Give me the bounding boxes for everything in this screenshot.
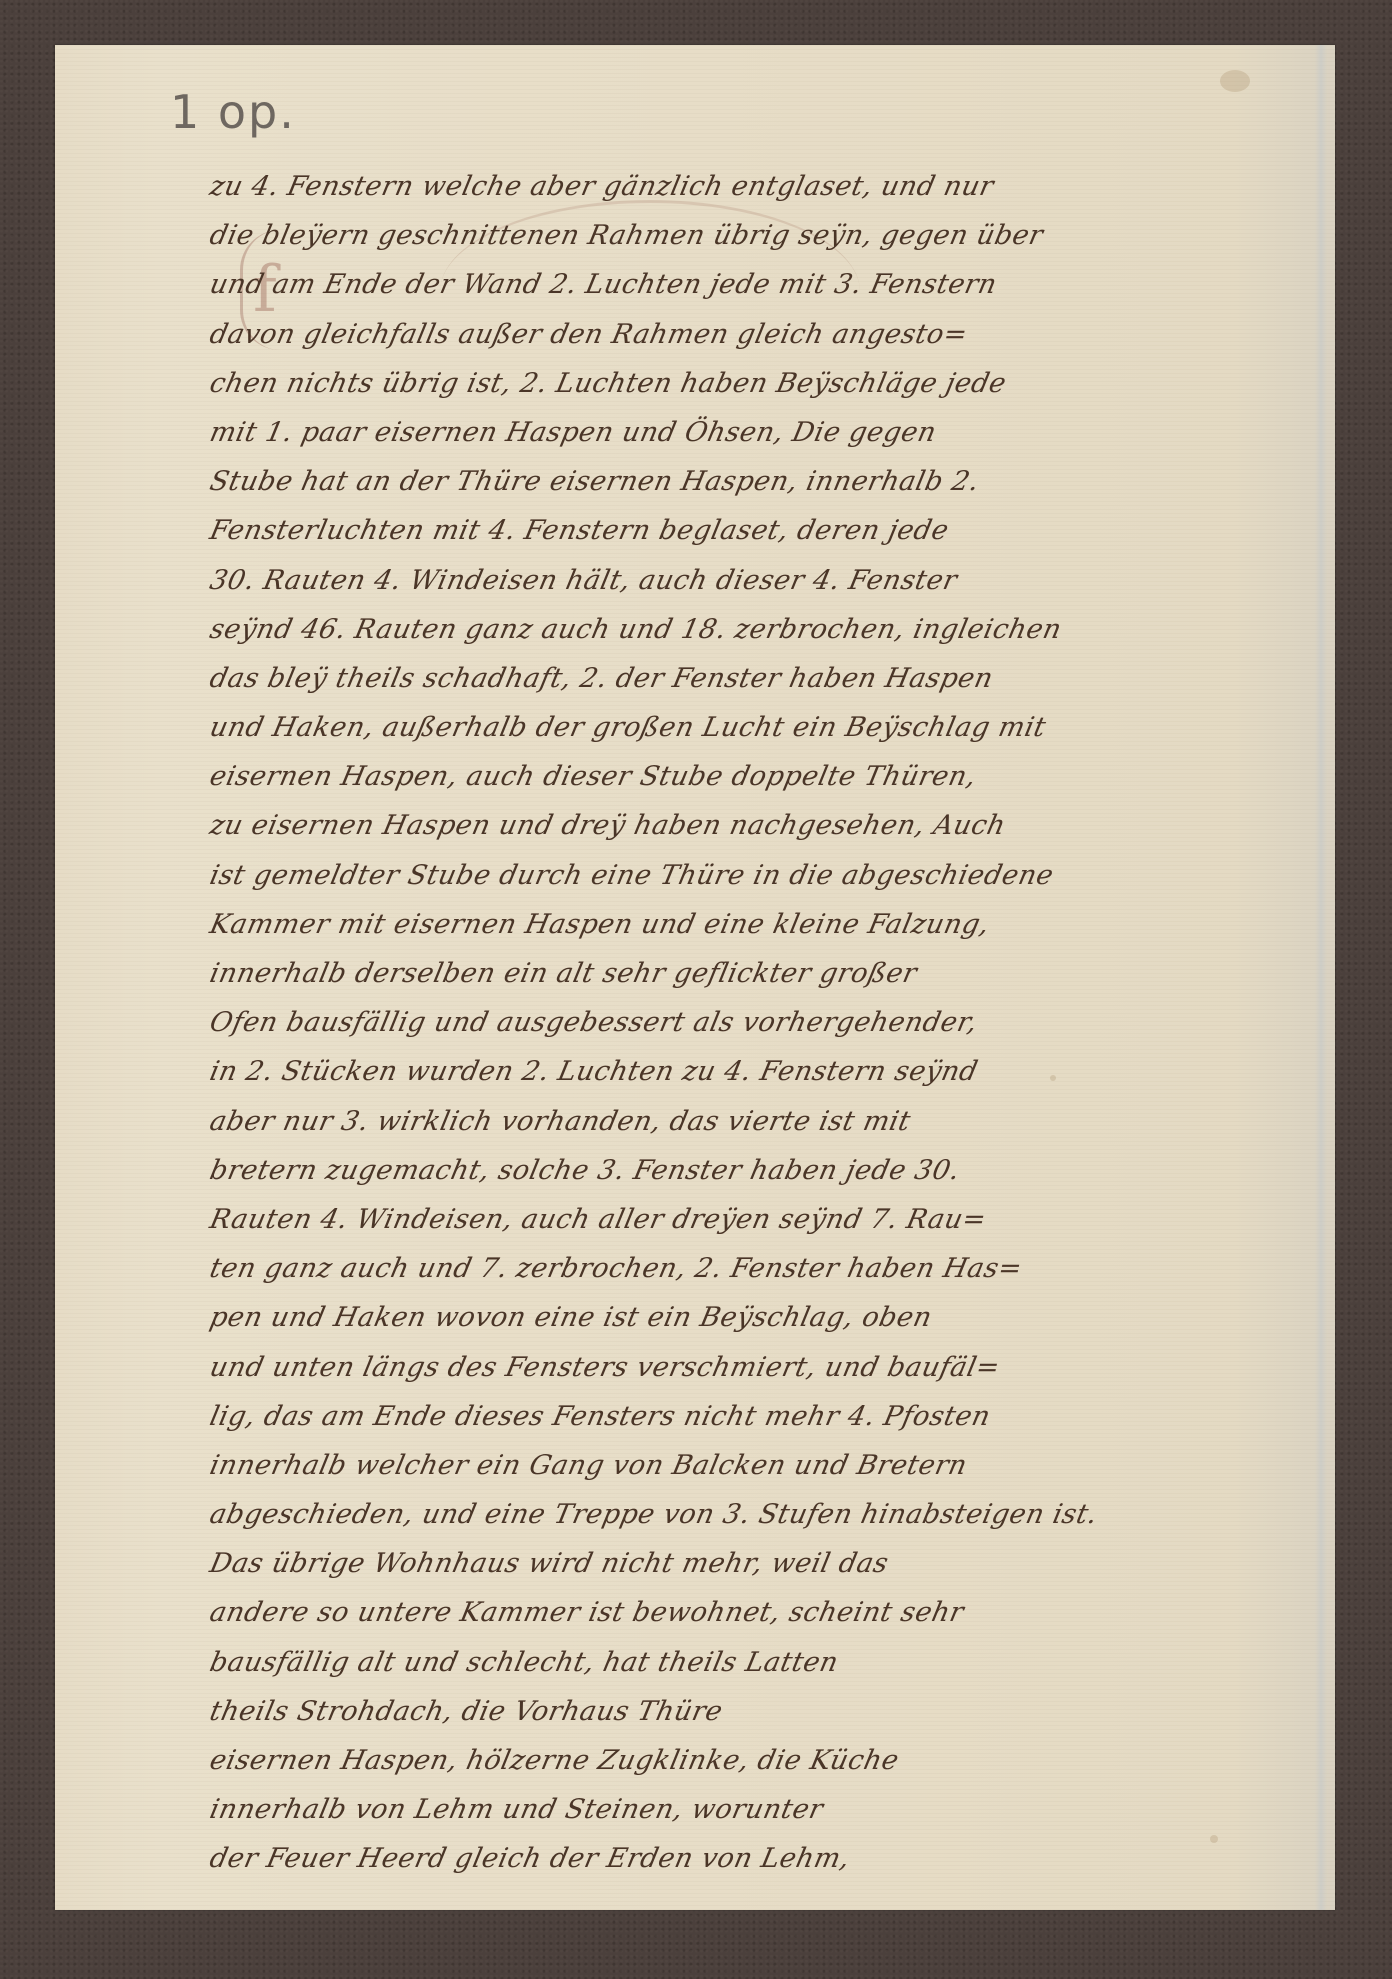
text-line: der Feuer Heerd gleich der Erden von Leh…	[205, 1834, 1290, 1883]
text-line: Das übrige Wohnhaus wird nicht mehr, wei…	[205, 1539, 1290, 1588]
text-line: zu eisernen Haspen und dreÿ haben nachge…	[205, 801, 1290, 850]
text-line: chen nichts übrig ist, 2. Luchten haben …	[205, 359, 1290, 408]
text-line: Stube hat an der Thüre eisernen Haspen, …	[205, 457, 1290, 506]
text-line: mit 1. paar eisernen Haspen und Öhsen, D…	[205, 408, 1290, 457]
text-line: eisernen Haspen, auch dieser Stube doppe…	[205, 752, 1290, 801]
text-line: abgeschieden, und eine Treppe von 3. Stu…	[205, 1490, 1290, 1539]
text-line: pen und Haken wovon eine ist ein Beÿschl…	[205, 1293, 1290, 1342]
text-line: seÿnd 46. Rauten ganz auch und 18. zerbr…	[205, 605, 1290, 654]
text-line: innerhalb welcher ein Gang von Balcken u…	[205, 1441, 1290, 1490]
text-line: und Haken, außerhalb der großen Lucht ei…	[205, 703, 1290, 752]
text-line: und am Ende der Wand 2. Luchten jede mit…	[205, 260, 1290, 309]
text-line: und unten längs des Fensters verschmiert…	[205, 1343, 1290, 1392]
text-line: innerhalb von Lehm und Steinen, worunter	[205, 1785, 1290, 1834]
paper-stain	[1220, 70, 1250, 92]
manuscript-text: zu 4. Fenstern welche aber gänzlich entg…	[205, 162, 1280, 1884]
text-line: Fensterluchten mit 4. Fenstern beglaset,…	[205, 506, 1290, 555]
text-line: das bleÿ theils schadhaft, 2. der Fenste…	[205, 654, 1290, 703]
text-line: die bleÿern geschnittenen Rahmen übrig s…	[205, 211, 1290, 260]
text-line: bretern zugemacht, solche 3. Fenster hab…	[205, 1146, 1290, 1195]
text-line: 30. Rauten 4. Windeisen hält, auch diese…	[205, 556, 1290, 605]
text-line: lig, das am Ende dieses Fensters nicht m…	[205, 1392, 1290, 1441]
text-line: Ofen bausfällig und ausgebessert als vor…	[205, 998, 1290, 1047]
text-line: in 2. Stücken wurden 2. Luchten zu 4. Fe…	[205, 1047, 1290, 1096]
text-line: andere so untere Kammer ist bewohnet, sc…	[205, 1588, 1290, 1637]
text-line: Kammer mit eisernen Haspen und eine klei…	[205, 900, 1290, 949]
text-line: theils Strohdach, die Vorhaus Thüre	[205, 1687, 1290, 1736]
text-line: Rauten 4. Windeisen, auch aller dreÿen s…	[205, 1195, 1290, 1244]
text-line: innerhalb derselben ein alt sehr geflick…	[205, 949, 1290, 998]
text-line: eisernen Haspen, hölzerne Zugklinke, die…	[205, 1736, 1290, 1785]
folio-number: 1 op.	[170, 85, 296, 139]
text-line: ist gemeldter Stube durch eine Thüre in …	[205, 851, 1290, 900]
text-line: zu 4. Fenstern welche aber gänzlich entg…	[205, 162, 1290, 211]
text-line: bausfällig alt und schlecht, hat theils …	[205, 1638, 1290, 1687]
text-line: davon gleichfalls außer den Rahmen gleic…	[205, 310, 1290, 359]
text-line: ten ganz auch und 7. zerbrochen, 2. Fens…	[205, 1244, 1290, 1293]
text-line: aber nur 3. wirklich vorhanden, das vier…	[205, 1097, 1290, 1146]
